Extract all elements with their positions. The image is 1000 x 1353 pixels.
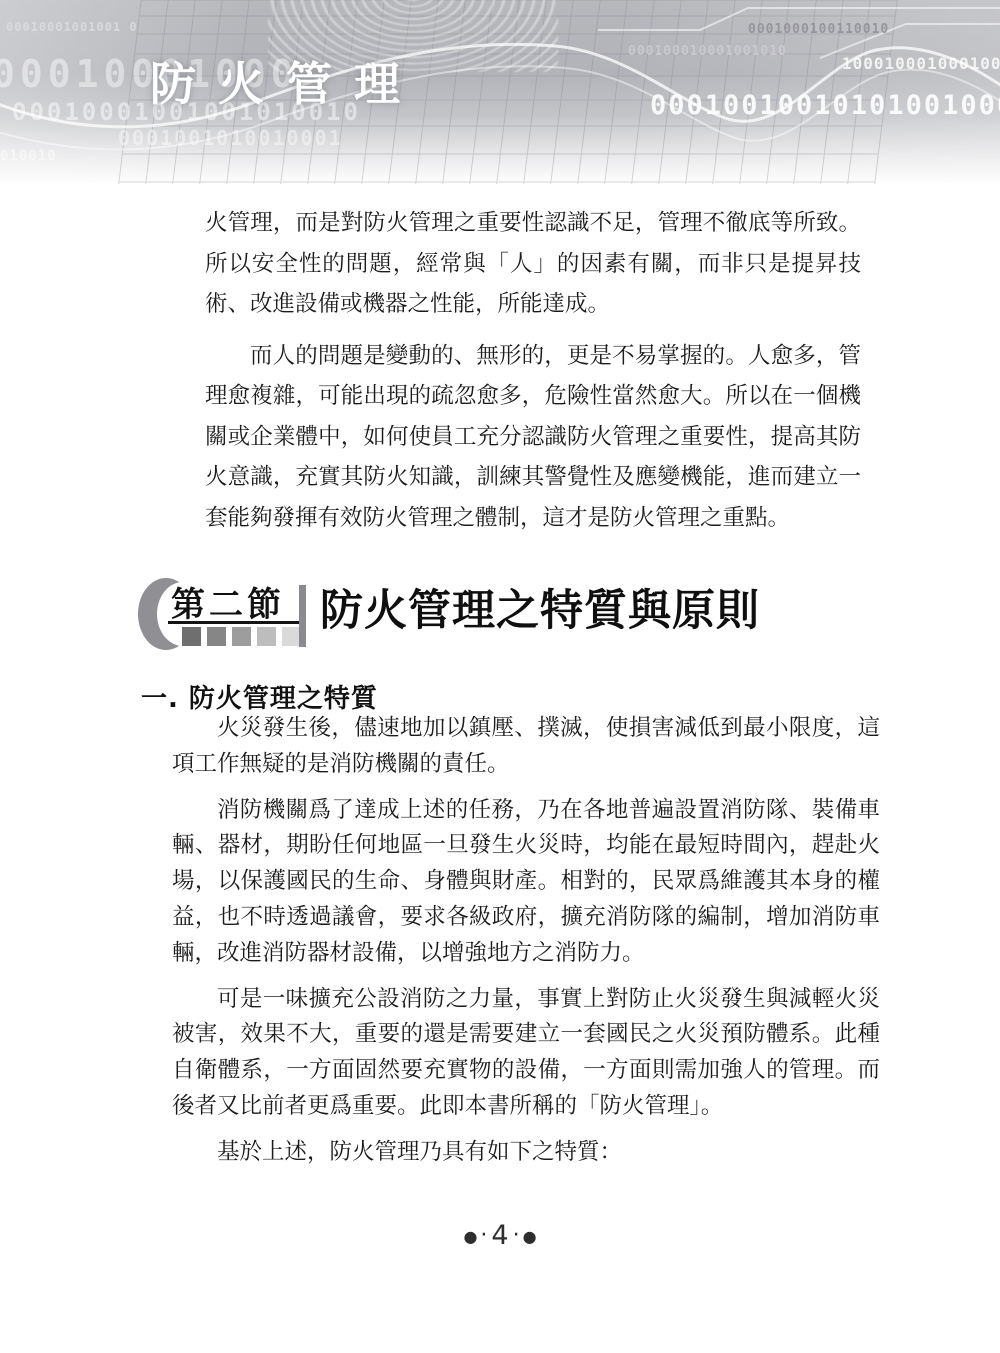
binary-string: 0001001010010001 [118, 126, 343, 150]
gradient-square [207, 627, 226, 646]
intro-text-block: 火管理，而是對防火管理之重要性認識不足，管理不徹底等所致。所以安全性的問題，經常… [205, 203, 861, 538]
badge-underline [168, 621, 304, 624]
binary-string: 1000100010001001 [842, 54, 1000, 73]
paragraph: 火管理，而是對防火管理之重要性認識不足，管理不徹底等所致。所以安全性的問題，經常… [205, 203, 861, 325]
gradient-square [257, 627, 276, 646]
binary-string: 000100010001001010 [628, 44, 787, 59]
page-number: 4 [491, 1220, 508, 1251]
gradient-squares-decoration [182, 627, 307, 650]
paragraph: 火災發生後，儘速地加以鎮壓、撲滅，使損害減低到最小限度，這項工作無疑的是消防機關… [172, 711, 880, 783]
section-header: 第二節 防火管理之特質與原則 [138, 576, 898, 660]
paragraph: 可是一味擴充公設消防之力量，事實上對防止火災發生與減輕火災被害，效果不大，重要的… [172, 982, 880, 1125]
binary-string: 010010 [0, 148, 57, 164]
section-number-badge: 第二節 [171, 577, 285, 626]
page-footer: ●·4·● [0, 1220, 1000, 1251]
vertical-divider [299, 585, 306, 647]
footer-dot-icon: ● [463, 1227, 477, 1246]
gradient-square [182, 627, 201, 646]
subsection-heading: 一. 防火管理之特質 [141, 678, 378, 715]
body-text-block: 火災發生後，儘速地加以鎮壓、撲滅，使損害減低到最小限度，這項工作無疑的是消防機關… [172, 711, 880, 1181]
footer-middot-icon: · [480, 1223, 487, 1248]
paragraph: 而人的問題是變動的、無形的，更是不易掌握的。人愈多，管理愈複雜，可能出現的疏忽愈… [205, 336, 861, 539]
book-page: 00010001001001 0000100010000001000100100… [0, 0, 1000, 1353]
binary-string: 00010010010101001000 [650, 90, 1000, 121]
gradient-square [232, 627, 251, 646]
chapter-banner-title: 防火管理 [150, 48, 422, 114]
footer-dot-icon: ● [523, 1227, 537, 1246]
section-title: 防火管理之特質與原則 [320, 577, 760, 638]
binary-string: 00010001001001 0 [6, 20, 138, 34]
paragraph: 基於上述，防火管理乃具有如下之特質： [172, 1135, 880, 1171]
binary-string: 0001000100110010 [748, 22, 889, 37]
paragraph: 消防機關爲了達成上述的任務，乃在各地普遍設置消防隊、裝備車輛、器材，期盼任何地區… [172, 793, 880, 972]
footer-middot-icon: · [513, 1223, 520, 1248]
chapter-banner: 00010001001001 0000100010000001000100100… [0, 0, 1000, 192]
